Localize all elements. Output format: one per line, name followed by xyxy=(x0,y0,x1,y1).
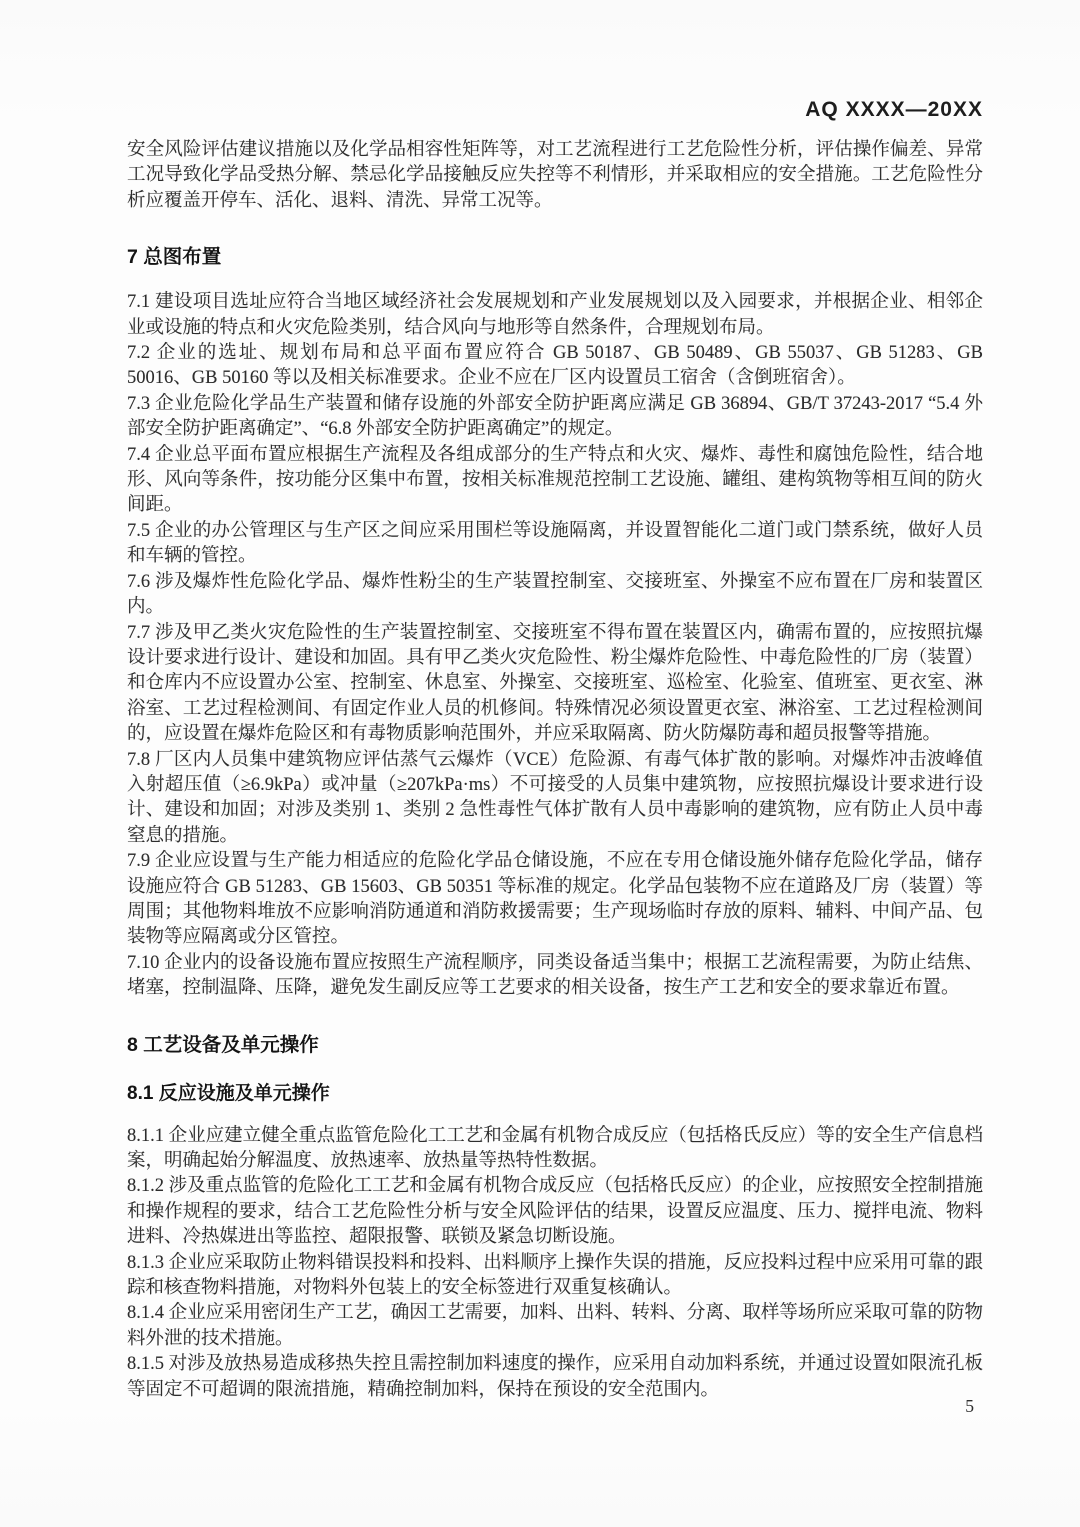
clause-7-4: 7.4 企业总平面布置应根据生产流程及各组成部分的生产特点和火灾、爆炸、毒性和腐… xyxy=(127,443,983,519)
clause-8-1-1: 8.1.1 企业应建立健全重点监管危险化工工艺和金属有机物合成反应（包括格氏反应… xyxy=(127,1124,983,1175)
clause-7-9: 7.9 企业应设置与生产能力相适应的危险化学品仓储设施，不应在专用仓储设施外储存… xyxy=(127,849,983,951)
clause-8-1-5: 8.1.5 对涉及放热易造成移热失控且需控制加料速度的操作，应采用自动加料系统，… xyxy=(127,1352,983,1403)
clause-8-1-3: 8.1.3 企业应采取防止物料错误投料和投料、出料顺序上操作失误的措施，反应投料… xyxy=(127,1251,983,1302)
clause-8-1-4: 8.1.4 企业应采用密闭生产工艺，确因工艺需要，加料、出料、转料、分离、取样等… xyxy=(127,1301,983,1352)
section-8-heading: 8 工艺设备及单元操作 xyxy=(127,1029,983,1057)
clause-7-2: 7.2 企业的选址、规划布局和总平面布置应符合 GB 50187、GB 5048… xyxy=(127,341,983,392)
clause-8-1-2: 8.1.2 涉及重点监管的危险化工工艺和金属有机物合成反应（包括格氏反应）的企业… xyxy=(127,1174,983,1250)
page-content: AQ XXXX—20XX 安全风险评估建议措施以及化学品相容性矩阵等，对工艺流程… xyxy=(127,98,983,1403)
section-7-heading: 7 总图布置 xyxy=(127,241,983,269)
clause-7-8: 7.8 厂区内人员集中建筑物应评估蒸气云爆炸（VCE）危险源、有毒气体扩散的影响… xyxy=(127,748,983,850)
doc-code-header: AQ XXXX—20XX xyxy=(127,98,983,122)
clause-7-6: 7.6 涉及爆炸性危险化学品、爆炸性粉尘的生产装置控制室、交接班室、外操室不应布… xyxy=(127,570,983,621)
clause-7-7: 7.7 涉及甲乙类火灾危险性的生产装置控制室、交接班室不得布置在装置区内，确需布… xyxy=(127,621,983,748)
document-page: AQ XXXX—20XX 安全风险评估建议措施以及化学品相容性矩阵等，对工艺流程… xyxy=(0,0,1080,1527)
intro-paragraph: 安全风险评估建议措施以及化学品相容性矩阵等，对工艺流程进行工艺危险性分析，评估操… xyxy=(127,138,983,214)
section-8-1-heading: 8.1 反应设施及单元操作 xyxy=(127,1078,983,1105)
clause-7-1: 7.1 建设项目选址应符合当地区域经济社会发展规划和产业发展规划以及入园要求，并… xyxy=(127,290,983,341)
clause-7-3: 7.3 企业危险化学品生产装置和储存设施的外部安全防护距离应满足 GB 3689… xyxy=(127,392,983,443)
clause-7-5: 7.5 企业的办公管理区与生产区之间应采用围栏等设施隔离，并设置智能化二道门或门… xyxy=(127,519,983,570)
clause-7-10: 7.10 企业内的设备设施布置应按照生产流程顺序，同类设备适当集中；根据工艺流程… xyxy=(127,951,983,1002)
page-number: 5 xyxy=(965,1396,974,1417)
